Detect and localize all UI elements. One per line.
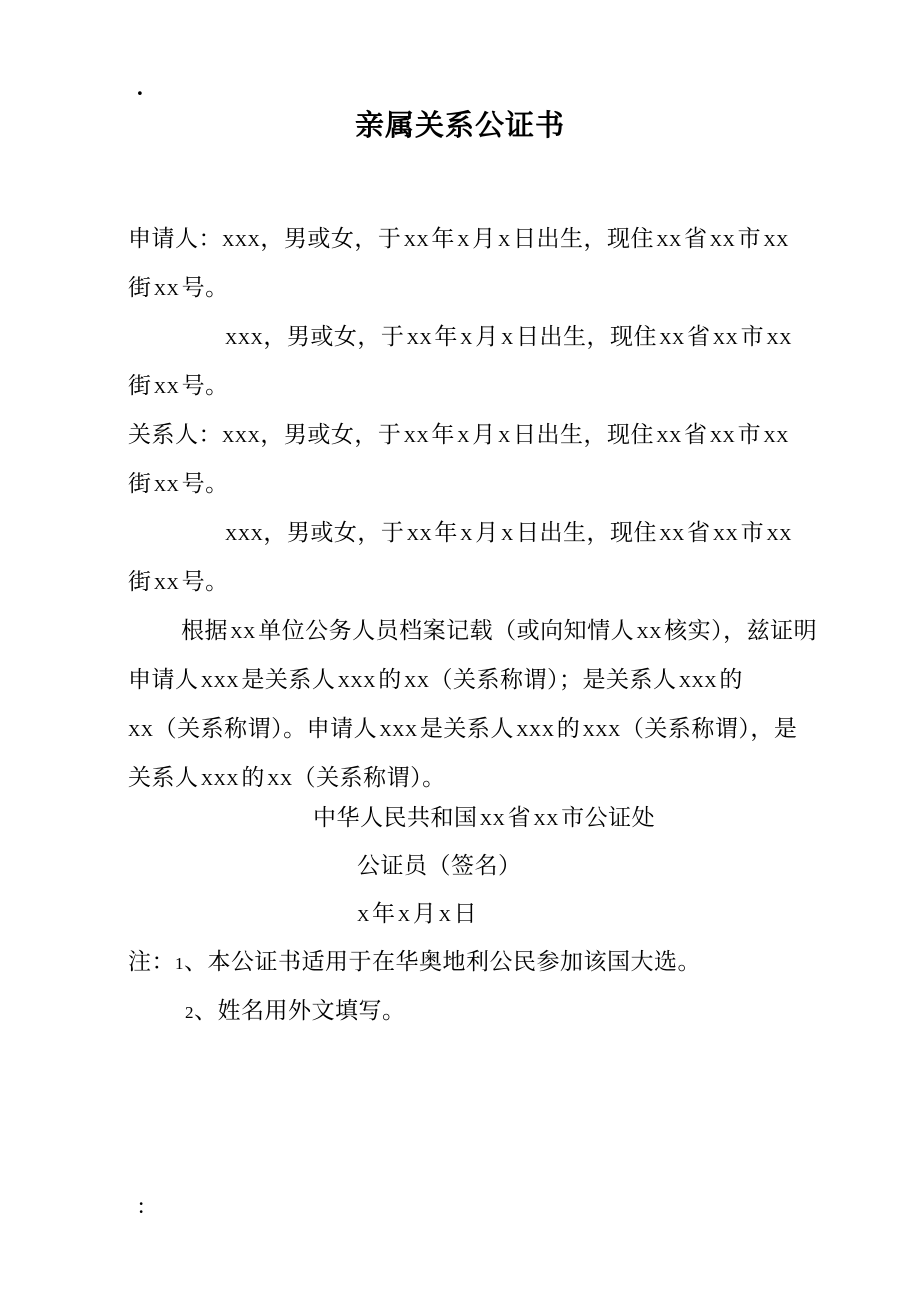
notary-signature-line: 公证员（签名） [357, 850, 522, 881]
paragraph-line-applicant-2: XXX，男或女，于 XX 年 X 月 X 日出生，现住 XX 省 XX 市 XX [225, 321, 792, 354]
paragraph-line-applicant-1: 申请人：XXX，男或女，于 XX 年 X 月 X 日出生，现住 XX 省 XX … [128, 223, 789, 256]
stray-period-mark: . [137, 72, 143, 103]
paragraph-line-address-3: 街 XX 号。 [128, 468, 229, 501]
notary-office-line: 中华人民共和国 XX 省 XX 市公证处 [313, 802, 655, 835]
document-title: 亲属关系公证书 [128, 104, 792, 148]
paragraph-line-certify-1: 根据 XX 单位公务人员档案记载（或向知情人 XX 核实），兹证明 [181, 615, 817, 648]
note-line-2: 2、姓名用外文填写。 [185, 995, 406, 1028]
paragraph-line-relative-2: XXX，男或女，于 XX 年 X 月 X 日出生，现住 XX 省 XX 市 XX [225, 517, 792, 550]
paragraph-line-certify-2: 申请人 XXX 是关系人 XXX 的 XX（关系称谓）；是关系人 XXX 的 [128, 664, 743, 697]
paragraph-line-address-1: 街 XX 号。 [128, 272, 229, 305]
paragraph-line-relative-1: 关系人：XXX，男或女，于 XX 年 X 月 X 日出生，现住 XX 省 XX … [128, 419, 789, 452]
stray-colon-mark: : [138, 1190, 144, 1221]
paragraph-line-address-2: 街 XX 号。 [128, 370, 229, 403]
document-page: . 亲属关系公证书 申请人：XXX，男或女，于 XX 年 X 月 X 日出生，现… [0, 0, 920, 1302]
paragraph-line-certify-3: XX（关系称谓）。申请人 XXX 是关系人 XXX 的 XXX（关系称谓），是 [128, 713, 797, 746]
date-line: X 年 X 月 X 日 [357, 898, 477, 931]
paragraph-line-address-4: 街 XX 号。 [128, 566, 229, 599]
paragraph-line-certify-4: 关系人 XXX 的 XX（关系称谓）。 [128, 762, 446, 795]
note-line-1: 注：1、本公证书适用于在华奥地利公民参加该国大选。 [128, 946, 701, 979]
